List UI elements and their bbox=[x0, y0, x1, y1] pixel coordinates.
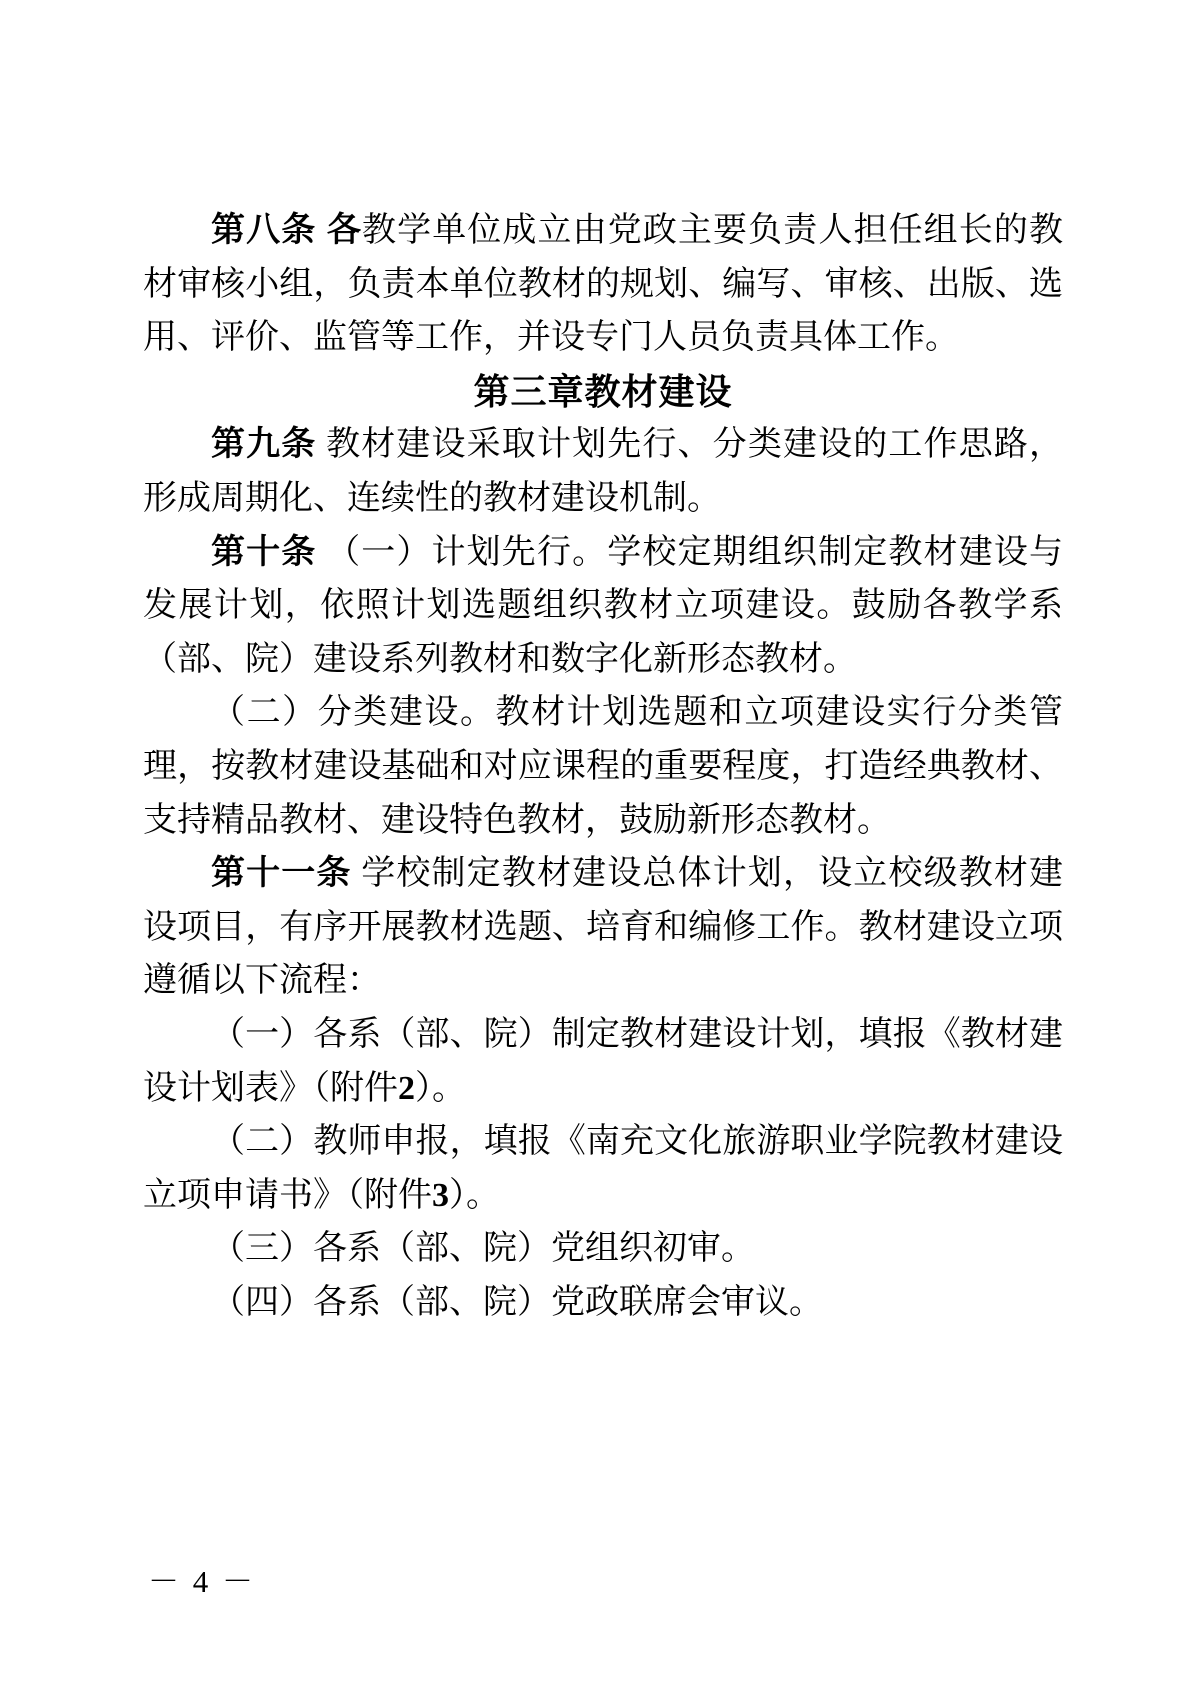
article-11-label: 第十一条 bbox=[211, 854, 352, 892]
process-item-1-text: （一）各系（部、院）制定教材建设计划，填报《教材建设计划表》（附件 bbox=[143, 1016, 1063, 1107]
process-item-1-closing: ）。 bbox=[415, 1070, 466, 1107]
process-item-4: （四）各系（部、院）党政联席会审议。 bbox=[143, 1276, 1063, 1330]
process-item-1: （一）各系（部、院）制定教材建设计划，填报《教材建设计划表》（附件2）。 bbox=[143, 1008, 1063, 1115]
document-page: 第八条 各教学单位成立由党政主要负责人担任组长的教材审核小组，负责本单位教材的规… bbox=[0, 0, 1191, 1684]
article-10-paragraph: 第十条 （一）计划先行。学校定期组织制定教材建设与发展计划，依照计划选题组织教材… bbox=[143, 526, 1063, 687]
article-8-label: 第八条 各 bbox=[211, 211, 362, 249]
article-11-paragraph: 第十一条 学校制定教材建设总体计划，设立校级教材建设项目，有序开展教材选题、培育… bbox=[143, 847, 1063, 1008]
process-item-2-text: （二）教师申报，填报《南充文化旅游职业学院教材建设立项申请书》（附件 bbox=[143, 1123, 1063, 1214]
article-9-paragraph: 第九条 教材建设采取计划先行、分类建设的工作思路，形成周期化、连续性的教材建设机… bbox=[143, 418, 1063, 525]
chapter-3-heading: 第三章教材建设 bbox=[143, 365, 1063, 419]
attachment-3-number: 3 bbox=[432, 1177, 449, 1214]
article-10-label: 第十条 bbox=[211, 533, 316, 571]
attachment-2-number: 2 bbox=[398, 1070, 415, 1107]
document-body: 第八条 各教学单位成立由党政主要负责人担任组长的教材审核小组，负责本单位教材的规… bbox=[143, 204, 1063, 1329]
article-10-item-2-paragraph: （二）分类建设。教材计划选题和立项建设实行分类管理，按教材建设基础和对应课程的重… bbox=[143, 686, 1063, 847]
article-8-paragraph: 第八条 各教学单位成立由党政主要负责人担任组长的教材审核小组，负责本单位教材的规… bbox=[143, 204, 1063, 365]
page-number: － 4 － bbox=[148, 1556, 256, 1601]
process-item-3: （三）各系（部、院）党组织初审。 bbox=[143, 1222, 1063, 1276]
article-9-label: 第九条 bbox=[211, 425, 316, 463]
process-item-2-closing: ）。 bbox=[449, 1177, 500, 1214]
process-item-2: （二）教师申报，填报《南充文化旅游职业学院教材建设立项申请书》（附件3）。 bbox=[143, 1115, 1063, 1222]
